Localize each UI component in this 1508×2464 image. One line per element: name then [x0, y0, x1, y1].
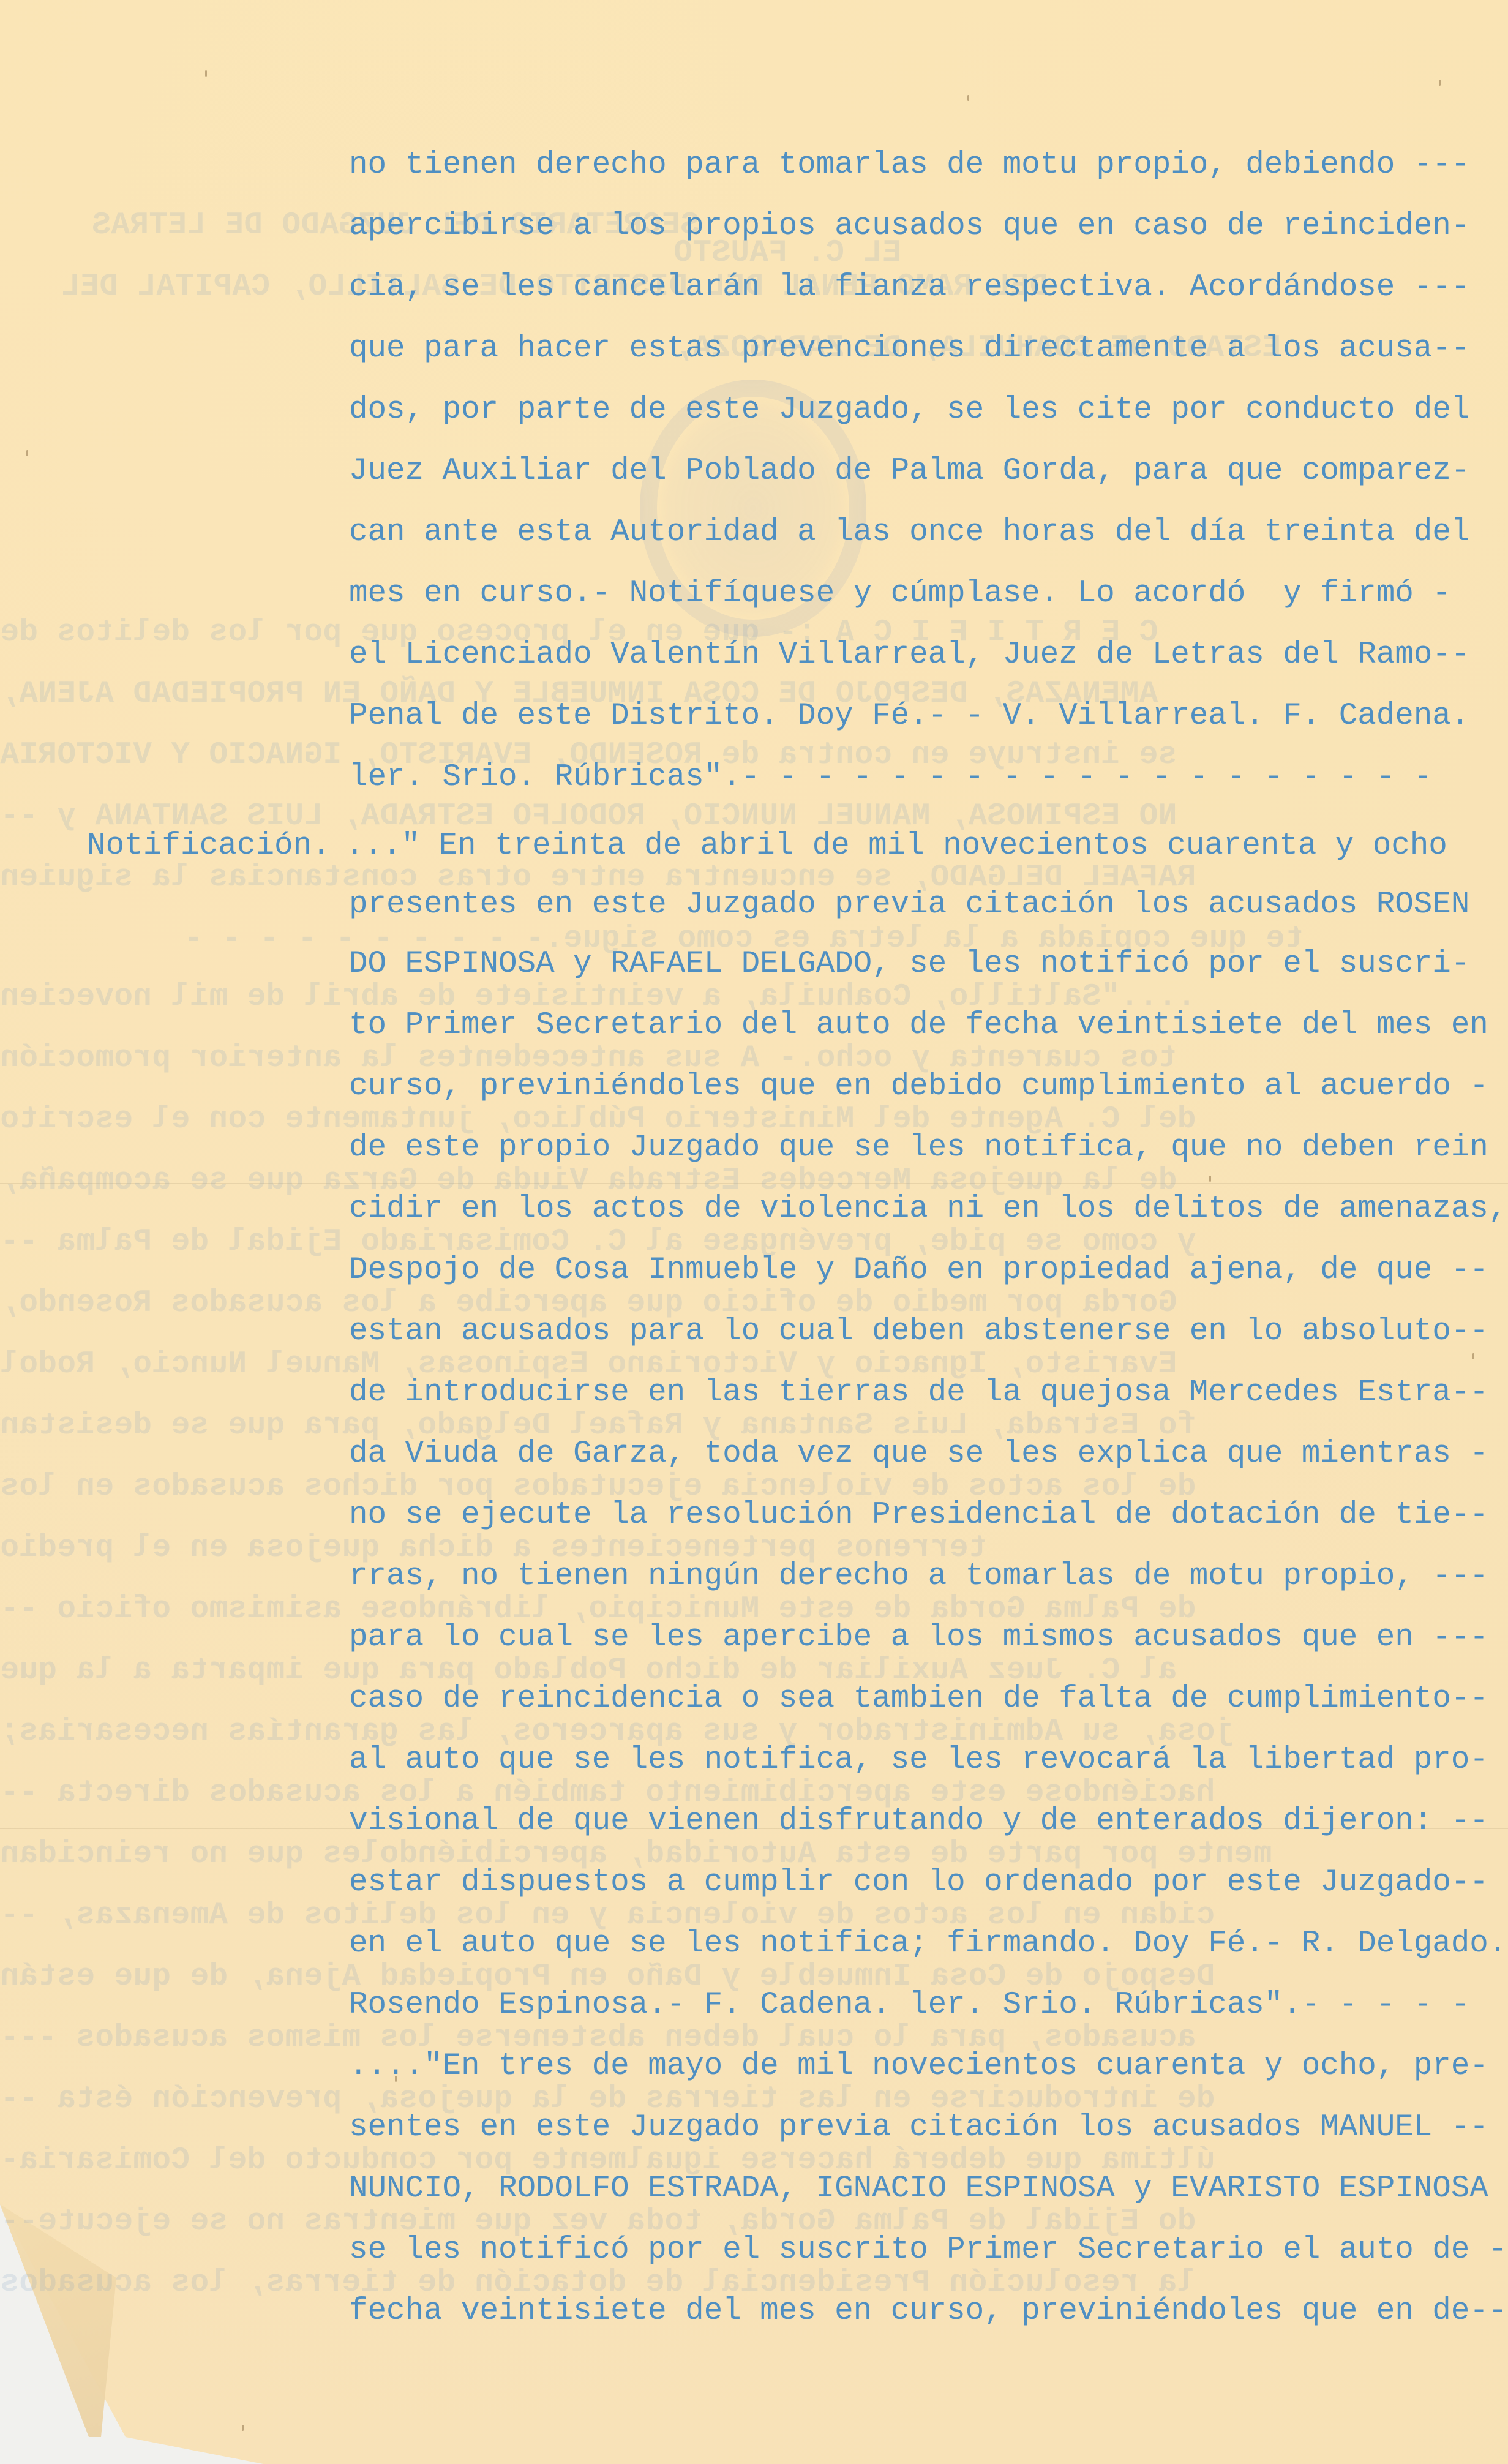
text-line: para lo cual se les apercibe a los mismo…: [349, 1620, 1488, 1656]
margin-note-notificacion: Notificación.: [87, 828, 331, 865]
text-line: mes en curso.- Notifíquese y cúmplase. L…: [349, 576, 1451, 612]
text-line: to Primer Secretario del auto de fecha v…: [349, 1007, 1488, 1044]
text-line: cia, se les cancelarán la fianza respect…: [349, 269, 1469, 306]
text-line: Despojo de Cosa Inmueble y Daño en propi…: [349, 1252, 1488, 1289]
paper-sheet: [0, 0, 1508, 2464]
text-line: sentes en este Juzgado previa citación l…: [349, 2109, 1488, 2146]
text-line: de este propio Juzgado que se les notifi…: [349, 1130, 1488, 1166]
text-line: DO ESPINOSA y RAFAEL DELGADO, se les not…: [349, 946, 1469, 983]
text-line: que para hacer estas prevenciones direct…: [349, 331, 1469, 367]
text-line: ..." En treinta de abril de mil novecien…: [345, 828, 1447, 865]
text-line: caso de reincidencia o sea tambien de fa…: [349, 1681, 1488, 1718]
paper-speck: [242, 2425, 244, 2431]
text-line: dos, por parte de este Juzgado, se les c…: [349, 392, 1469, 429]
text-line: Rosendo Espinosa.- F. Cadena. ler. Srio.…: [349, 1987, 1469, 2024]
text-line: en el auto que se les notifica; firmando…: [349, 1926, 1507, 1963]
text-line: no se ejecute la resolución Presidencial…: [349, 1497, 1488, 1534]
text-line: ...."En tres de mayo de mil novecientos …: [349, 2048, 1488, 2085]
text-line: estan acusados para lo cual deben absten…: [349, 1313, 1488, 1350]
text-line: rras, no tienen ningún derecho a tomarla…: [349, 1558, 1488, 1595]
paper-speck: [1439, 80, 1441, 86]
paper-speck: [205, 70, 207, 77]
text-line: can ante esta Autoridad a las once horas…: [349, 514, 1469, 551]
text-line: visional de que vienen disfrutando y de …: [349, 1803, 1488, 1840]
paper-speck: [967, 95, 969, 101]
text-line: presentes en este Juzgado previa citació…: [349, 887, 1469, 923]
text-line: da Viuda de Garza, toda vez que se les e…: [349, 1436, 1488, 1473]
text-line: apercibirse a los propios acusados que e…: [349, 208, 1469, 245]
text-line: fecha veintisiete del mes en curso, prev…: [349, 2293, 1507, 2330]
text-line: cidir en los actos de violencia ni en lo…: [349, 1191, 1507, 1228]
paper-speck: [1472, 1353, 1474, 1359]
paper-speck: [1209, 1176, 1211, 1182]
text-line: de introducirse en las tierras de la que…: [349, 1375, 1488, 1411]
paper-crease: [0, 1183, 1508, 1184]
text-line: al auto que se les notifica, se les revo…: [349, 1742, 1488, 1779]
text-line: no tienen derecho para tomarlas de motu …: [349, 147, 1469, 184]
paper-speck: [26, 450, 28, 456]
text-line: NUNCIO, RODOLFO ESTRADA, IGNACIO ESPINOS…: [349, 2171, 1488, 2207]
text-line: el Licenciado Valentín Villarreal, Juez …: [349, 637, 1469, 674]
text-line: Penal de este Distrito. Doy Fé.- - V. Vi…: [349, 698, 1469, 735]
paper-speck: [395, 2076, 397, 2082]
text-line: curso, previniéndoles que en debido cump…: [349, 1069, 1488, 1105]
text-line: ler. Srio. Rúbricas".- - - - - - - - - -…: [349, 759, 1432, 796]
text-line: Juez Auxiliar del Poblado de Palma Gorda…: [349, 453, 1469, 490]
text-line: estar dispuestos a cumplir con lo ordena…: [349, 1865, 1488, 1901]
text-line: se les notificó por el suscrito Primer S…: [349, 2232, 1507, 2269]
